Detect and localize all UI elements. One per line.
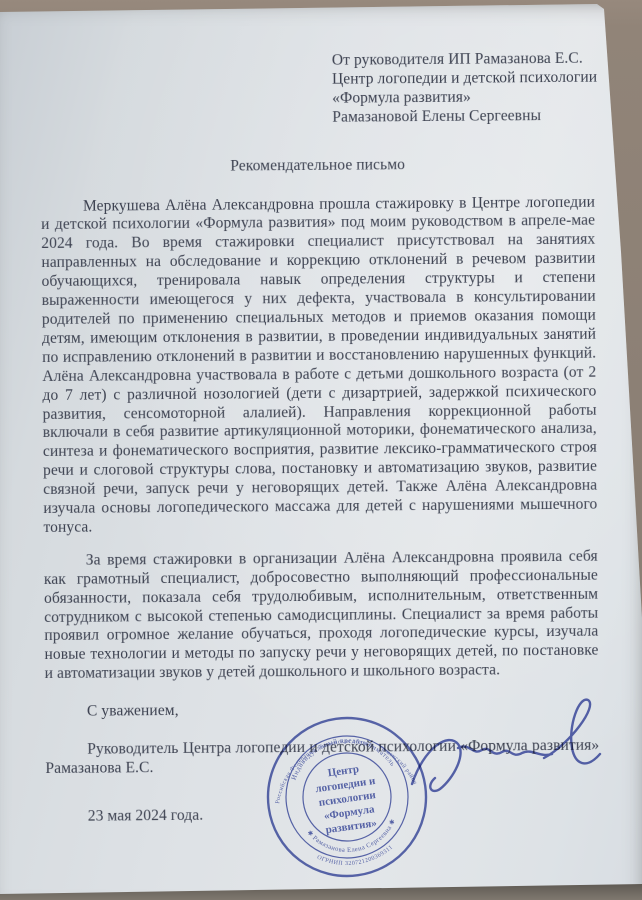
- addressee-line: Рамазановой Елены Сергеевны: [332, 106, 594, 127]
- signature-stroke: [412, 700, 600, 791]
- document-title: Рекомендательное письмо: [41, 154, 595, 177]
- addressee-line: Центр логопедии и детской психологии: [332, 69, 594, 90]
- signature-scribble: [398, 692, 630, 818]
- addressee-line: «Формула развития»: [332, 87, 594, 108]
- addressee-block: От руководителя ИП Рамазанова Е.С. Центр…: [332, 50, 595, 128]
- stamp-center-text: Центр логопедии и психологии «Формула ра…: [313, 761, 383, 837]
- paragraph-internship: Меркушева Алёна Александровна прошла ста…: [41, 193, 598, 538]
- photo-of-document: { "colors":{ "background_table":"#8c8075…: [0, 0, 642, 900]
- addressee-line: От руководителя ИП Рамазанова Е.С.: [332, 50, 594, 71]
- paragraph-assessment: За время стажировки в организации Алёна …: [44, 547, 599, 684]
